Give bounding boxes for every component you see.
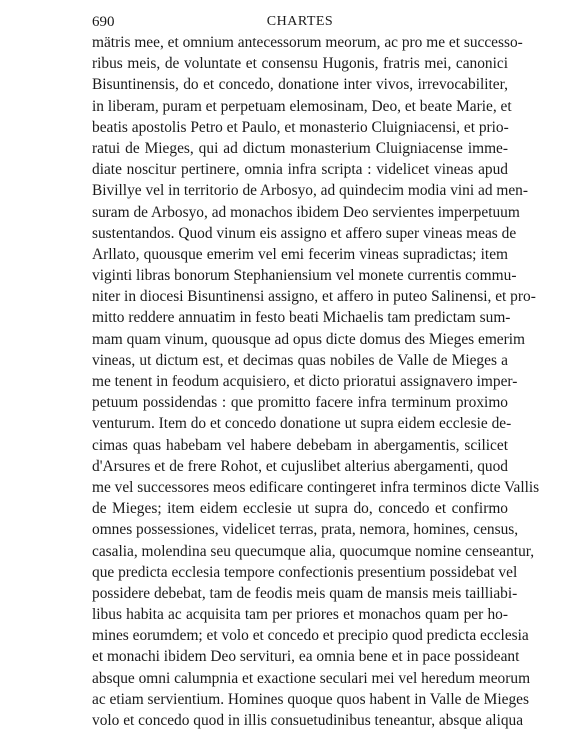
text-line: me vel successores meos edificare contin… (92, 477, 508, 498)
text-line: de Mieges; item eidem ecclesie ut supra … (92, 498, 508, 519)
text-line: ratui de Mieges, qui ad dictum monasteri… (92, 138, 508, 159)
running-title: CHARTES (92, 12, 508, 32)
text-line: ribus meis, de voluntate et consensu Hug… (92, 53, 508, 74)
running-head: 690 CHARTES (92, 12, 508, 32)
text-line: volo et concedo quod in illis consuetudi… (92, 710, 508, 731)
text-line: que predicta ecclesia tempore confection… (92, 562, 508, 583)
text-line: possidere debebat, tam de feodis meis qu… (92, 583, 508, 604)
text-line: vineas, ut dictum est, et decimas quas n… (92, 350, 508, 371)
text-line: Arllato, quousque emerim vel emi fecerim… (92, 244, 508, 265)
text-line: me tenent in feodum acquisiero, et dicto… (92, 371, 508, 392)
text-line: mam quam vinum, quousque ad opus dicte d… (92, 329, 508, 350)
text-line: sustentandos. Quod vinum eis assigno et … (92, 223, 508, 244)
text-line: niter in diocesi Bisuntinensi assigno, e… (92, 286, 508, 307)
text-line: casalia, molendina seu quecumque alia, q… (92, 541, 508, 562)
text-line: mätris mee, et omnium antecessorum meoru… (92, 32, 508, 53)
text-line: libus habita ac acquisita tam per priore… (92, 604, 508, 625)
text-line: beatis apostolis Petro et Paulo, et mona… (92, 117, 508, 138)
text-line: cimas quas habebam vel habere debebam in… (92, 435, 508, 456)
text-line: mitto reddere annuatim in festo beati Mi… (92, 307, 508, 328)
text-line: venturum. Item do et concedo donatione u… (92, 413, 508, 434)
text-line: mines eorumdem; et volo et concedo et pr… (92, 625, 508, 646)
text-line: viginti libras bonorum Stephaniensium ve… (92, 265, 508, 286)
text-line: omnes possessiones, videlicet terras, pr… (92, 519, 508, 540)
text-line: et monachi ibidem Deo servituri, ea omni… (92, 646, 508, 667)
text-line: absque omni calumpnia et exactione secul… (92, 668, 508, 689)
text-line: Bisuntinensis, do et concedo, donatione … (92, 74, 508, 95)
text-line: in liberam, puram et perpetuam elemosina… (92, 96, 508, 117)
text-line: petuum possidendas : que promitto facere… (92, 392, 508, 413)
text-line: diate noscitur pertinere, omnia infra sc… (92, 159, 508, 180)
document-page: 690 CHARTES mätris mee, et omnium antece… (0, 0, 580, 745)
text-line: d'Arsures et de frere Rohot, et cujuslib… (92, 456, 508, 477)
text-line: suram de Arbosyo, ad monachos ibidem Deo… (92, 202, 508, 223)
text-line: Bivillye vel in territorio de Arbosyo, a… (92, 180, 508, 201)
text-line: ac etiam servientium. Homines quoque quo… (92, 689, 508, 710)
body-text: mätris mee, et omnium antecessorum meoru… (92, 32, 508, 731)
